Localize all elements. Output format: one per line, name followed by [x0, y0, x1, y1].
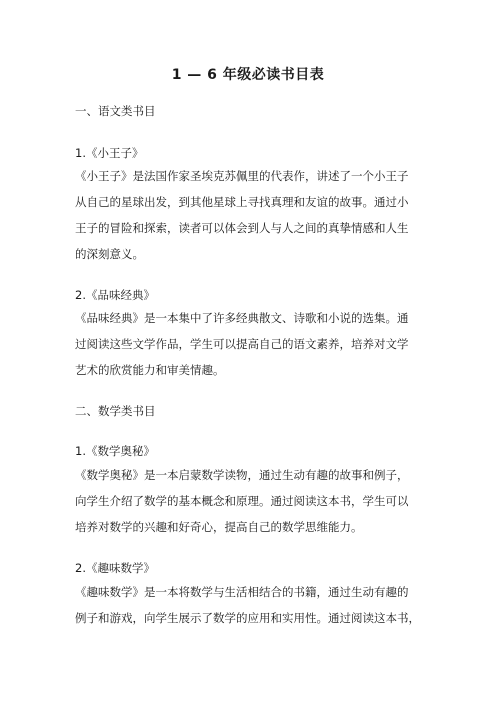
document-page: 1 — 6 年级必读书目表 一、语文类书目 1.《小王子》 《小王子》是法国作家…	[0, 0, 496, 702]
description-line: 向学生介绍了数学的基本概念和原理。通过阅读这本书，学生可以	[75, 488, 425, 514]
page-title: 1 — 6 年级必读书目表	[0, 64, 496, 84]
section-heading-math: 二、数学类书目	[75, 403, 156, 419]
description-line: 从自己的星球出发，到其他星球上寻找真理和友谊的故事。通过小	[75, 189, 425, 215]
description-line: 王子的冒险和探索，读者可以体会到人与人之间的真挚情感和人生	[75, 215, 425, 241]
description-line: 《品味经典》是一本集中了许多经典散文、诗歌和小说的选集。通	[75, 305, 425, 331]
description-line: 《数学奥秘》是一本启蒙数学读物，通过生动有趣的故事和例子，	[75, 462, 425, 488]
book-title-math-mysteries: 1.《数学奥秘》	[75, 443, 155, 459]
book-description-math-mysteries: 《数学奥秘》是一本启蒙数学读物，通过生动有趣的故事和例子， 向学生介绍了数学的基…	[75, 462, 425, 540]
description-line: 过阅读这些文学作品，学生可以提高自己的语文素养，培养对文学	[75, 331, 425, 357]
book-description-classics: 《品味经典》是一本集中了许多经典散文、诗歌和小说的选集。通 过阅读这些文学作品，…	[75, 305, 425, 383]
book-title-fun-math: 2.《趣味数学》	[75, 560, 155, 576]
book-description-fun-math: 《趣味数学》是一本将数学与生活相结合的书籍，通过生动有趣的 例子和游戏，向学生展…	[75, 579, 425, 631]
book-description-little-prince: 《小王子》是法国作家圣埃克苏佩里的代表作，讲述了一个小王子 从自己的星球出发，到…	[75, 163, 425, 267]
book-title-little-prince: 1.《小王子》	[75, 145, 143, 161]
description-line: 《趣味数学》是一本将数学与生活相结合的书籍，通过生动有趣的	[75, 579, 425, 605]
description-line: 《小王子》是法国作家圣埃克苏佩里的代表作，讲述了一个小王子	[75, 163, 425, 189]
description-line: 艺术的欣赏能力和审美情趣。	[75, 357, 425, 383]
section-heading-chinese: 一、语文类书目	[75, 103, 156, 119]
description-line: 培养对数学的兴趣和好奇心，提高自己的数学思维能力。	[75, 514, 425, 540]
description-line: 例子和游戏，向学生展示了数学的应用和实用性。通过阅读这本书，	[75, 605, 425, 631]
description-line: 的深刻意义。	[75, 241, 425, 267]
book-title-classics: 2.《品味经典》	[75, 287, 155, 303]
